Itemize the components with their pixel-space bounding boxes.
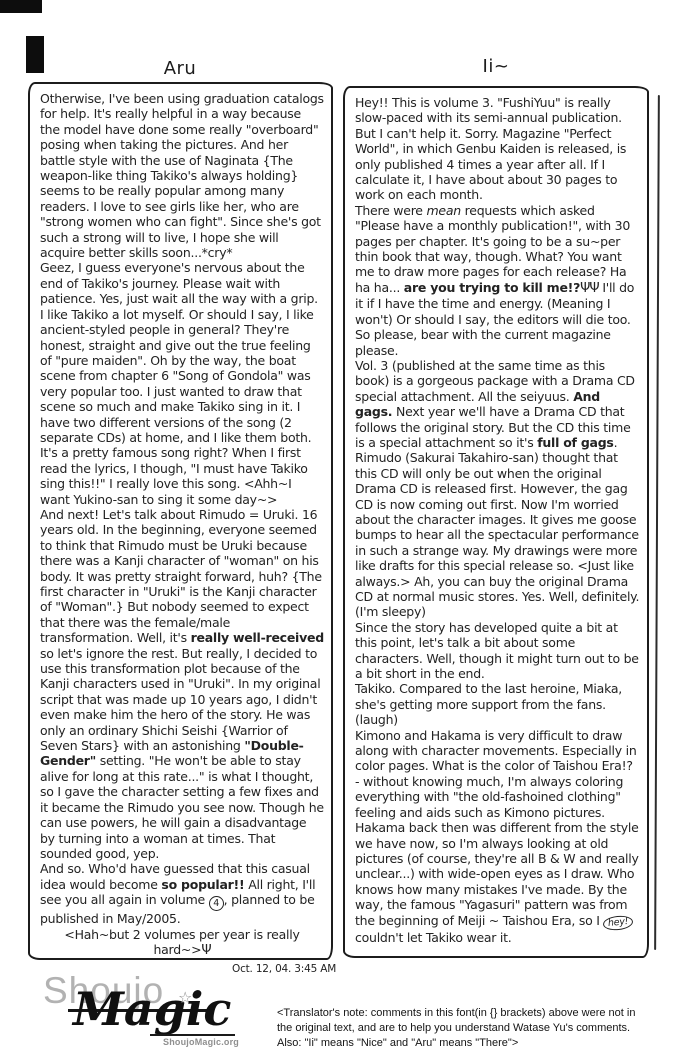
logo-url-text: ShoujoMagic.org [163, 1037, 239, 1047]
translator-note: <Translator's note: comments in this fon… [277, 1006, 690, 1051]
translator-note-line: Also: "Ii" means "Nice" and "Aru" means … [277, 1036, 690, 1051]
left-note-box: Otherwise, I've been using graduation ca… [28, 82, 333, 960]
text-run: couldn't let Takiko wear it. [355, 930, 512, 945]
left-column-header: Aru [28, 58, 332, 79]
logo-magic-text: Magic [73, 982, 231, 1036]
hand-doodle-icon: Ψ [201, 943, 210, 958]
text-run: setting. "He won't be able to stay alive… [40, 753, 324, 860]
date-note: Oct. 12, 04. 3:45 AM [232, 963, 332, 975]
paragraph: And next! Let's talk about Rimudo = Uruk… [40, 507, 324, 861]
emphasized-text: so popular!! [161, 877, 244, 892]
paragraph: Hakama back then was different from the … [355, 820, 640, 945]
right-note-box: Hey!! This is volume 3. "FushiYuu" is re… [343, 86, 649, 958]
text-run: Geez, I guess everyone's nervous about t… [40, 260, 318, 506]
left-box-text: Otherwise, I've been using graduation ca… [30, 84, 331, 958]
translator-note-line: the original text, and are to help you u… [277, 1021, 690, 1036]
circled-four-icon: 4 [209, 896, 224, 911]
paragraph: And so. Who'd have guessed that this cas… [40, 861, 324, 926]
text-run: so let's ignore the rest. But really, I … [40, 646, 320, 753]
emphasized-text: are you trying to kill me!? [404, 280, 580, 295]
text-run: Hey!! This is volume 3. "FushiYuu" is re… [355, 95, 626, 202]
paragraph: Geez, I guess everyone's nervous about t… [40, 260, 324, 507]
scan-artifact-top [0, 0, 42, 13]
translator-note-line: <Translator's note: comments in this fon… [277, 1006, 690, 1021]
paragraph: Since the story has developed quite a bi… [355, 620, 640, 682]
emphasized-text: full of gags [537, 435, 613, 450]
star-icon: ☆ [178, 988, 192, 1007]
paragraph: Takiko. Compared to the last heroine, Mi… [355, 681, 640, 727]
text-run: <Hah~but 2 volumes per year is really ha… [64, 927, 299, 957]
text-run: . Rimudo (Sakurai Takahiro-san) thought … [355, 435, 639, 619]
text-run: Otherwise, I've been using graduation ca… [40, 91, 324, 260]
text-run: There were [355, 203, 426, 218]
text-run: And next! Let's talk about Rimudo = Uruk… [40, 507, 322, 645]
text-run: mean [426, 203, 460, 218]
paragraph: There were mean requests which asked "Pl… [355, 203, 640, 358]
right-box-text: Hey!! This is volume 3. "FushiYuu" is re… [345, 88, 647, 956]
shoujo-magic-logo: Shoujo Magic ☆ ShoujoMagic.org [40, 968, 240, 1053]
right-column-header: Ii~ [344, 56, 648, 77]
emphasized-text: really well-received [191, 630, 324, 645]
paragraph: Kimono and Hakama is very difficult to d… [355, 728, 640, 820]
hand-doodle-icon: Ψ [580, 281, 589, 296]
paragraph: <Hah~but 2 volumes per year is really ha… [40, 927, 324, 958]
text-run: Since the story has developed quite a bi… [355, 620, 639, 681]
paragraph: Vol. 3 (published at the same time as th… [355, 358, 640, 620]
logo-rule-line-2 [150, 1034, 235, 1036]
page-edge-line [654, 95, 660, 950]
text-run: Takiko. Compared to the last heroine, Mi… [355, 681, 622, 727]
paragraph: Otherwise, I've been using graduation ca… [40, 91, 324, 260]
hand-doodle-icon: Ψ [589, 281, 598, 296]
text-run: Kimono and Hakama is very difficult to d… [355, 728, 637, 820]
hey-speech-bubble: hey! [603, 914, 635, 931]
text-run: Hakama back then was different from the … [355, 820, 639, 927]
paragraph: Hey!! This is volume 3. "FushiYuu" is re… [355, 95, 640, 203]
